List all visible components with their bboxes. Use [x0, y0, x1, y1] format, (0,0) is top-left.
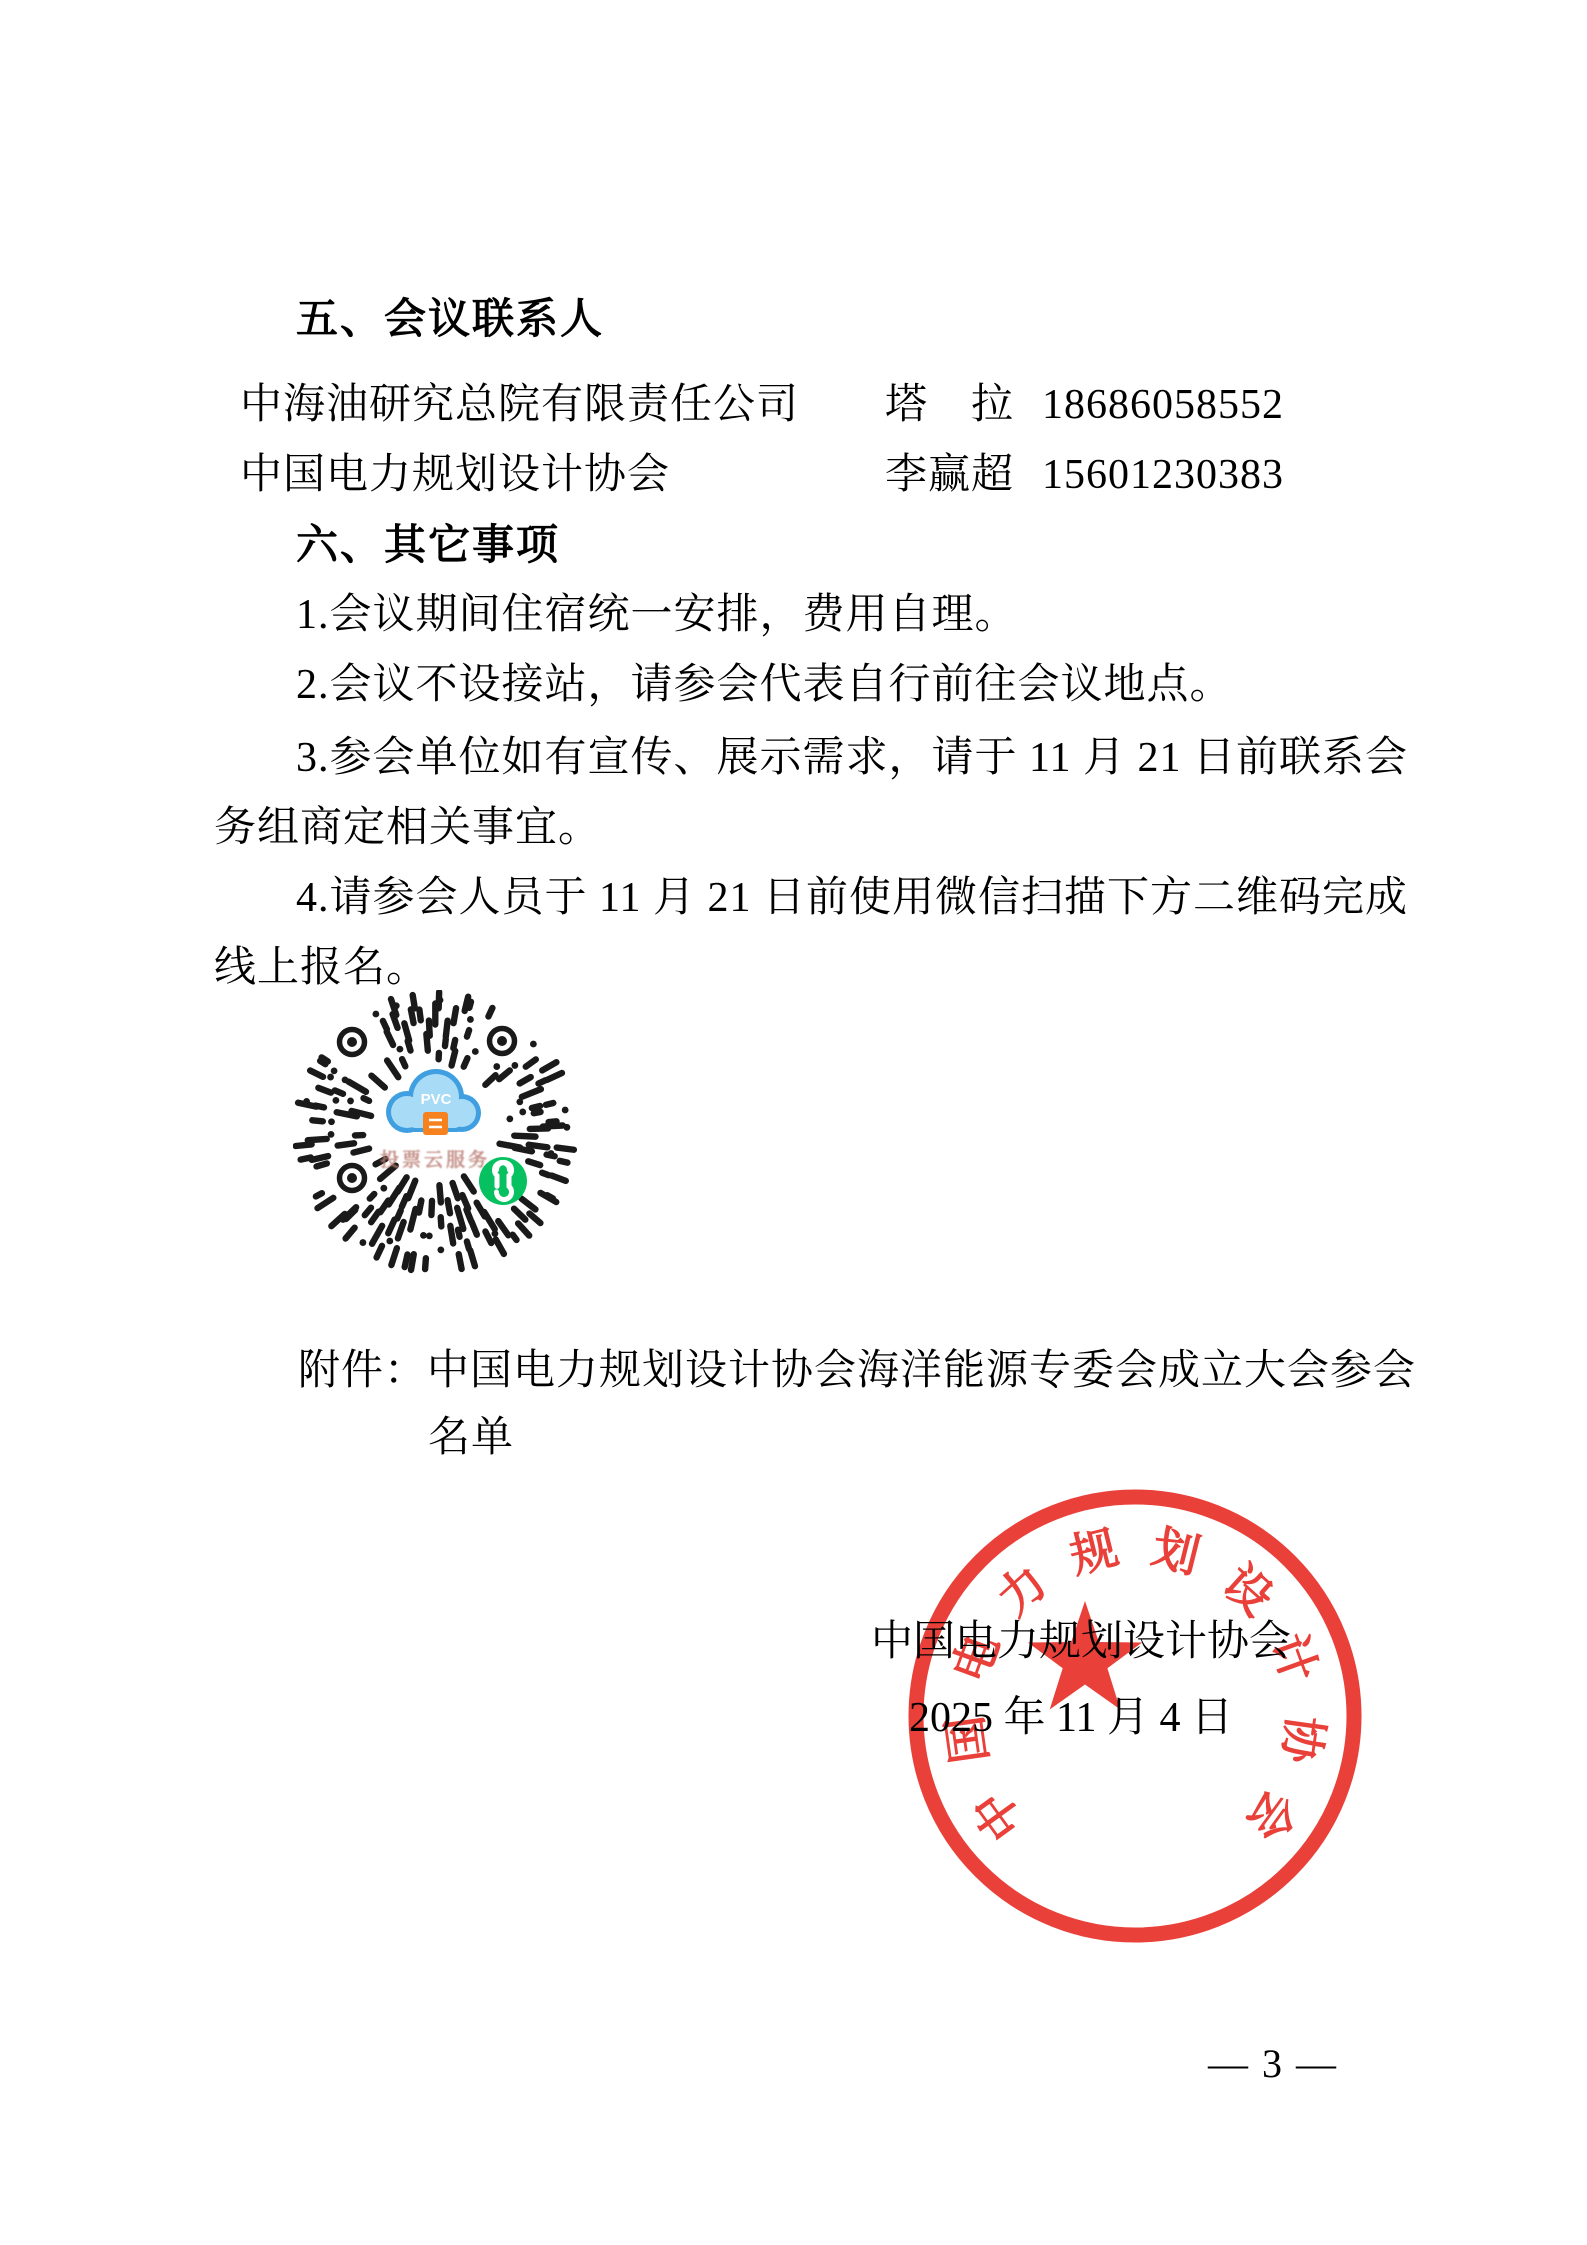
- svg-text:计: 计: [1260, 1628, 1325, 1690]
- contact-phone: 15601230383: [1042, 450, 1284, 500]
- contact-person: 塔 拉: [885, 380, 1042, 430]
- svg-text:国: 国: [940, 1712, 998, 1766]
- svg-text:划: 划: [1147, 1522, 1205, 1584]
- contact-org: 中海油研究总院有限责任公司: [240, 380, 885, 430]
- svg-text:协: 协: [1272, 1712, 1330, 1768]
- wechat-miniprogram-icon: [479, 1157, 527, 1205]
- attachment-line-2: 名单: [428, 1413, 514, 1463]
- svg-text:规: 规: [1065, 1522, 1123, 1584]
- qr-eye-bottom-left: [340, 1166, 365, 1191]
- qr-cloud-logo: PVC 投票云服务: [380, 1069, 490, 1171]
- document-page: 五、会议联系人 中海油研究总院有限责任公司 塔 拉 18686058552 中国…: [0, 0, 1587, 2245]
- contact-row: 中国电力规划设计协会 李赢超 15601230383: [240, 450, 1284, 500]
- contact-phone: 18686058552: [1042, 380, 1284, 430]
- section-six-heading: 六、其它事项: [296, 520, 560, 570]
- item-4-line-2: 线上报名。: [214, 943, 429, 993]
- svg-text:电: 电: [945, 1628, 1010, 1690]
- svg-text:中: 中: [964, 1780, 1034, 1849]
- seal-star: [1028, 1601, 1142, 1710]
- qr-logo-document-icon: [423, 1112, 448, 1135]
- svg-text:会: 会: [1236, 1780, 1306, 1849]
- contact-person: 李赢超: [885, 450, 1042, 500]
- contact-org: 中国电力规划设计协会: [240, 450, 885, 500]
- contact-row: 中海油研究总院有限责任公司 塔 拉 18686058552: [240, 380, 1284, 430]
- page-number: — 3 —: [1208, 2040, 1338, 2087]
- item-3-line-1: 3.参会单位如有宣传、展示需求，请于 11 月 21 日前联系会: [296, 733, 1408, 783]
- section-five-heading: 五、会议联系人: [296, 294, 604, 344]
- qr-eye-top-right: [490, 1029, 515, 1054]
- registration-qr-code: PVC 投票云服务: [293, 990, 577, 1274]
- item-1-line-1: 1.会议期间住宿统一安排，费用自理。: [296, 590, 1018, 640]
- qr-logo-abbr: PVC: [421, 1091, 452, 1108]
- qr-eye-top-left: [340, 1030, 365, 1055]
- svg-text:力: 力: [988, 1556, 1058, 1626]
- item-3-line-2: 务组商定相关事宜。: [214, 803, 601, 853]
- item-2-line-1: 2.会议不设接站，请参会代表自行前往会议地点。: [296, 660, 1233, 710]
- item-4-line-1: 4.请参会人员于 11 月 21 日前使用微信扫描下方二维码完成: [296, 873, 1408, 923]
- svg-text:设: 设: [1213, 1556, 1283, 1626]
- qr-logo-label: 投票云服务: [380, 1148, 490, 1171]
- seal-ring-text: 中国电力规划设计协会: [940, 1522, 1331, 1849]
- attachment-line-1: 附件：中国电力规划设计协会海洋能源专委会成立大会参会: [298, 1346, 1416, 1396]
- official-seal: 中国电力规划设计协会: [900, 1481, 1370, 1951]
